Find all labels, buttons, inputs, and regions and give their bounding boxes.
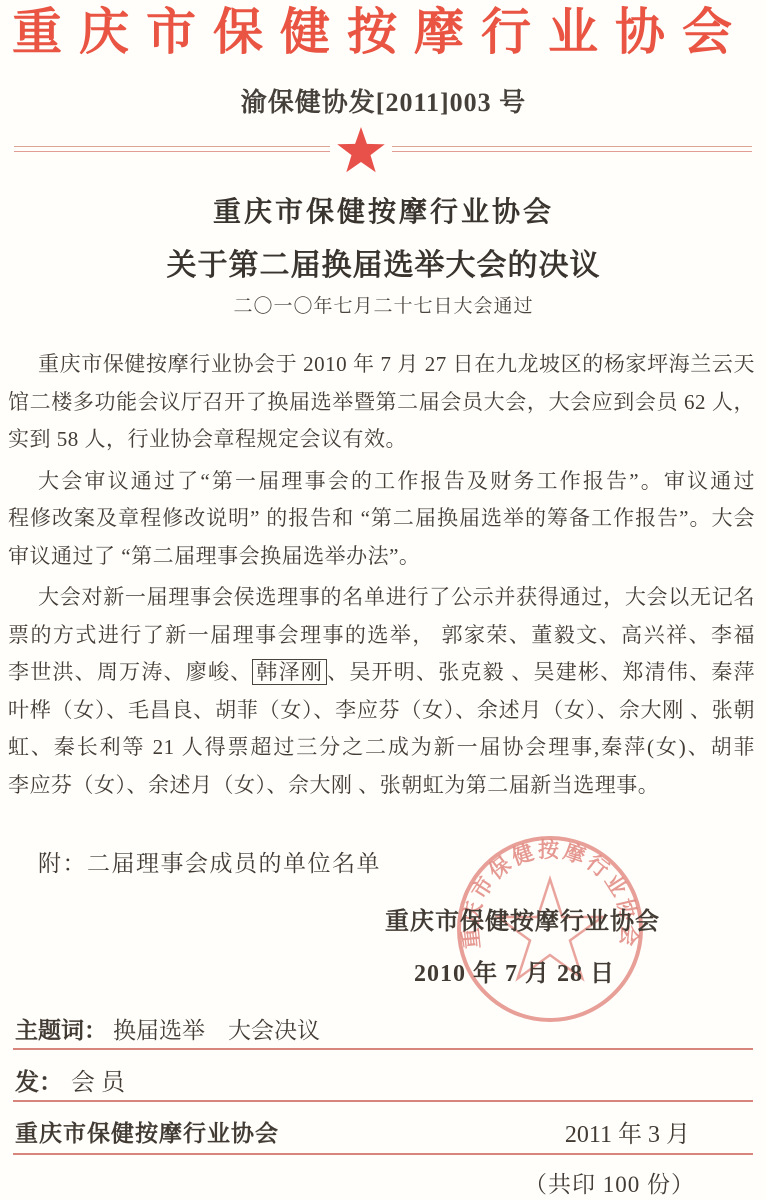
- attachment-note: 附：二届理事会成员的单位名单: [38, 845, 381, 878]
- body-line: 李应芬（女）、余述月（女）、佘大刚 、张朝虹为第二届新当选理事。: [8, 767, 755, 805]
- body-line-segment: 李世洪、周万涛、廖峻、: [8, 660, 252, 684]
- body-line: 重庆市保健按摩行业协会于 2010 年 7 月 27 日在九龙坡区的杨家坪海兰云…: [8, 346, 755, 384]
- body-line: 大会对新一届理事会侯选理事的名单进行了公示并获得通过，大会以无记名投: [8, 579, 755, 617]
- copies-note: （共印 100 份）: [524, 1166, 695, 1199]
- body-line: 大会审议通过了“第一届理事会的工作报告及财务工作报告”。审议通过了“章: [8, 463, 755, 501]
- signature-date: 2010 年 7 月 28 日: [414, 953, 615, 988]
- footer-rule-1: [13, 1048, 753, 1050]
- document-title-org: 重庆市保健按摩行业协会: [0, 190, 767, 230]
- body-line: 票的方式进行了新一届理事会理事的选举， 郭家荣、董毅文、高兴祥、李福平、: [8, 617, 755, 655]
- paragraph-3: 大会对新一届理事会侯选理事的名单进行了公示并获得通过，大会以无记名投 票的方式进…: [8, 579, 755, 804]
- letterhead-org-name: 重庆市保健按摩行业协会: [12, 3, 749, 61]
- subject-keywords-row: 主题词：换届选举 大会决议: [15, 1012, 320, 1045]
- paragraph-2: 大会审议通过了“第一届理事会的工作报告及财务工作报告”。审议通过了“章 程修改案…: [8, 463, 755, 576]
- signature-org: 重庆市保健按摩行业协会: [385, 901, 660, 936]
- body-line: 实到 58 人，行业协会章程规定会议有效。: [8, 421, 755, 459]
- document-title-subject: 关于第二届换届选举大会的决议: [0, 240, 767, 284]
- divider-line-right: [392, 146, 752, 152]
- footer-print-date: 2011 年 3 月: [565, 1114, 690, 1149]
- divider-line-left: [14, 146, 330, 152]
- body-line: 审议通过了 “第二届理事会换届选举办法”。: [8, 538, 755, 576]
- body-line-with-boxed-name: 李世洪、周万涛、廖峻、韩泽刚、吴开明、张克毅 、吴建彬、郑清伟、秦萍（女）、: [8, 654, 755, 692]
- subject-keywords-label: 主题词：: [15, 1018, 107, 1043]
- issued-to-row: 发：会 员: [15, 1062, 125, 1097]
- star-icon: [337, 126, 385, 173]
- body-line: 虹、秦长利等 21 人得票超过三分之二成为新一届协会理事,秦萍(女)、胡菲(女)…: [8, 729, 755, 767]
- document-number: 渝保健协发[2011]003 号: [0, 82, 767, 119]
- footer-org-name: 重庆市保健按摩行业协会: [15, 1115, 279, 1148]
- body-line: 程修改案及章程修改说明” 的报告和 “第二届换届选举的筹备工作报告”。大会: [8, 500, 755, 538]
- letterhead-divider: [14, 126, 752, 172]
- issued-to-label: 发：: [15, 1070, 63, 1096]
- document-page: 重庆市保健按摩行业协会 渝保健协发[2011]003 号 重庆市保健按摩行业协会…: [0, 0, 767, 1200]
- document-body: 重庆市保健按摩行业协会于 2010 年 7 月 27 日在九龙坡区的杨家坪海兰云…: [8, 346, 755, 808]
- subject-keywords-value: 换届选举 大会决议: [113, 1018, 320, 1043]
- body-line: 叶桦（女）、毛昌良、胡菲（女）、李应芬（女）、余述月（女）、佘大刚 、张朝: [8, 692, 755, 730]
- boxed-name: 韩泽刚: [252, 659, 327, 685]
- footer-rule-2: [13, 1100, 753, 1102]
- footer-rule-3: [13, 1153, 753, 1155]
- issued-to-value: 会 员: [71, 1070, 125, 1096]
- body-line: 馆二楼多功能会议厅召开了换届选举暨第二届会员大会，大会应到会员 62 人，: [8, 384, 755, 422]
- passed-note: 二〇一〇年七月二十七日大会通过: [0, 291, 767, 318]
- paragraph-1: 重庆市保健按摩行业协会于 2010 年 7 月 27 日在九龙坡区的杨家坪海兰云…: [8, 346, 755, 459]
